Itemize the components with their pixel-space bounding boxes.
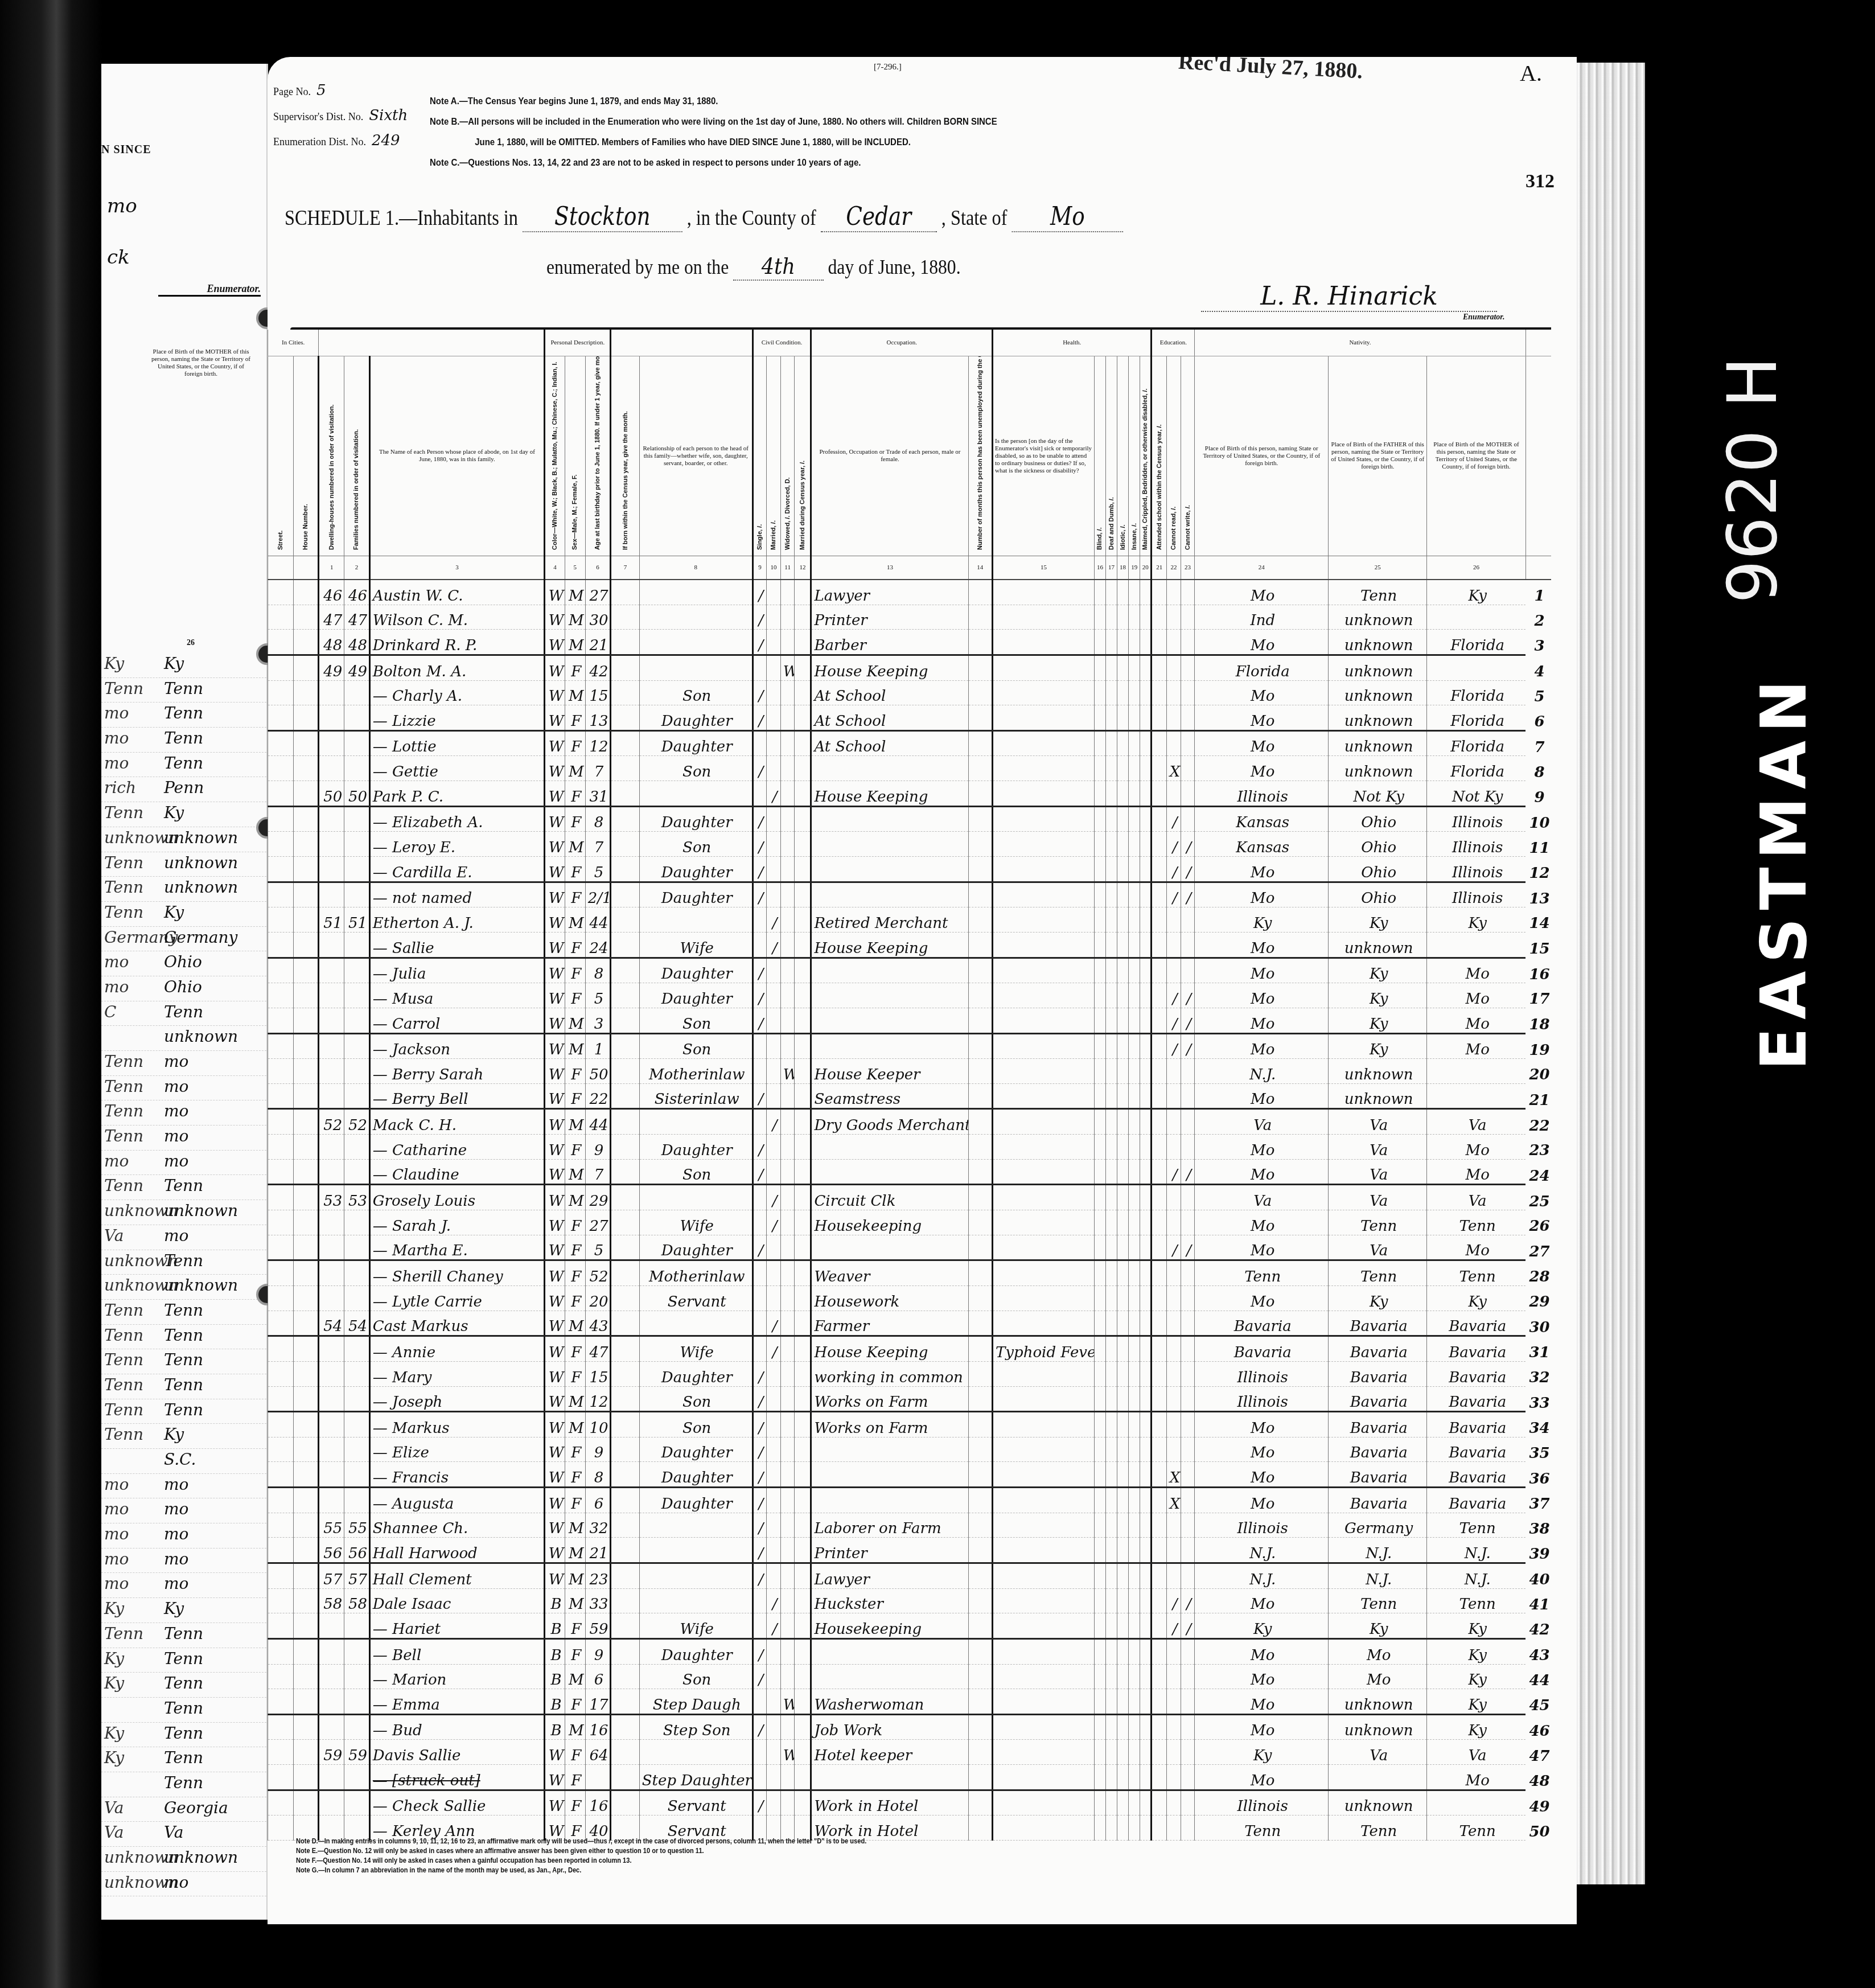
empty-cell [293, 958, 319, 983]
col-number: 2 [344, 556, 370, 580]
idiotic-cell [1117, 1790, 1129, 1816]
attended-school-cell [1152, 1513, 1167, 1538]
insane-cell [1129, 1083, 1140, 1109]
single-mark-cell [753, 1185, 767, 1210]
father-birthplace-cell: Tenn [1329, 1588, 1427, 1613]
house-number-col: House Number. [302, 362, 309, 550]
deaf-dumb-cell [1105, 1361, 1117, 1386]
table-row: — MaryWF15Daughter/working in common hou… [268, 1361, 1552, 1386]
line-number-cell: 21 [1526, 1083, 1551, 1109]
married-census-year-cell [795, 680, 811, 705]
color-cell: W [545, 680, 565, 705]
married-mark-cell [767, 1135, 781, 1160]
months-unemployed-col: Number of months this person has been un… [977, 362, 984, 550]
relationship-cell: Daughter [639, 857, 753, 882]
insane-cell [1129, 1563, 1140, 1588]
blind-cell [1094, 1412, 1105, 1437]
person-name-cell: — Charly A. [369, 680, 544, 705]
family-number-cell [344, 1412, 370, 1437]
col-number: 12 [795, 556, 811, 580]
family-number-cell: 51 [344, 907, 370, 933]
color-cell: W [545, 781, 565, 807]
empty-cell [293, 857, 319, 882]
attended-school-cell [1152, 1588, 1167, 1613]
sickness-cell [993, 1816, 1095, 1841]
family-number-cell: 49 [344, 655, 370, 680]
cannot-write-cell [1181, 580, 1195, 605]
widowed-mark-cell [780, 1285, 795, 1311]
occupation-cell: House Keeping [811, 781, 968, 807]
cannot-write-cell [1181, 655, 1195, 680]
line-number-cell: 46 [1526, 1714, 1551, 1740]
widowed-mark-cell [780, 832, 795, 857]
cannot-read-cell: / [1167, 857, 1181, 882]
idiotic-cell [1117, 1109, 1129, 1135]
previous-father-birthplace: Tenn [104, 853, 143, 872]
occupation-cell [811, 1638, 968, 1664]
months-unemployed-cell [968, 1185, 992, 1210]
cannot-read-cell [1167, 1185, 1181, 1210]
single-mark-cell: / [753, 983, 767, 1008]
age-cell: 7 [585, 1159, 611, 1185]
birth-month-cell [611, 1185, 639, 1210]
table-row: — Elizabeth A.WF8Daughter//KansasOhioIll… [268, 806, 1552, 832]
relationship-cell: Daughter [639, 958, 753, 983]
deaf-dumb-cell [1105, 1210, 1117, 1235]
married-census-year-cell [795, 1563, 811, 1588]
married-mark-cell [767, 806, 781, 832]
mother-birthplace-cell: Florida [1427, 630, 1526, 655]
schedule-line: SCHEDULE 1.—Inhabitants in Stockton , in… [285, 202, 1123, 232]
disabled-cell [1140, 655, 1152, 680]
disabled-cell [1140, 983, 1152, 1008]
line-number-cell: 18 [1526, 1008, 1551, 1033]
age-cell: 44 [585, 1109, 611, 1135]
relationship-cell: Daughter [639, 1361, 753, 1386]
cannot-read-cell [1167, 1285, 1181, 1311]
age-cell: 23 [585, 1563, 611, 1588]
mother-birthplace-cell: Not Ky [1427, 781, 1526, 807]
months-unemployed-cell [968, 1563, 992, 1588]
cannot-write-cell: / [1181, 1008, 1195, 1033]
months-unemployed-cell [968, 1513, 992, 1538]
blind-cell [1094, 605, 1105, 630]
father-birthplace-cell: unknown [1329, 730, 1427, 756]
months-unemployed-cell [968, 1638, 992, 1664]
dwelling-number-cell: 55 [319, 1513, 344, 1538]
person-name-cell: Hall Harwood [369, 1538, 544, 1563]
disabled-cell [1140, 1311, 1152, 1336]
idiotic-cell [1117, 1638, 1129, 1664]
occupation-cell: Barber [811, 630, 968, 655]
occupation-cell [811, 1235, 968, 1260]
empty-cell [293, 756, 319, 781]
blind-cell [1094, 580, 1105, 605]
blind-cell [1094, 1588, 1105, 1613]
dwelling-number-cell [319, 680, 344, 705]
idiotic-cell [1117, 1613, 1129, 1639]
cannot-read-cell: / [1167, 1235, 1181, 1260]
sickness-cell [993, 1638, 1095, 1664]
mother-birthplace-cell: Ky [1427, 1689, 1526, 1715]
deaf-dumb-cell [1105, 1437, 1117, 1462]
cannot-write-cell [1181, 1714, 1195, 1740]
birth-month-cell [611, 1311, 639, 1336]
mother-birthplace-cell: Ky [1427, 1664, 1526, 1689]
previous-page-enumerator-label: Enumerator. [158, 283, 261, 297]
previous-mother-birthplace: Tenn [164, 679, 203, 698]
mother-birthplace-cell [1427, 1059, 1526, 1084]
birth-month-cell [611, 1513, 639, 1538]
birthplace-cell: Kansas [1195, 806, 1329, 832]
birth-month-cell [611, 932, 639, 958]
mother-birthplace-cell: Bavaria [1427, 1488, 1526, 1513]
blind-cell [1094, 958, 1105, 983]
attended-school-cell [1152, 1714, 1167, 1740]
attended-school-cell [1152, 983, 1167, 1008]
previous-page-row: TennTenn [101, 678, 266, 703]
color-cell: W [545, 1083, 565, 1109]
disabled-cell [1140, 932, 1152, 958]
empty-cell [268, 630, 294, 655]
color-cell: W [545, 1765, 565, 1790]
previous-father-birthplace: mo [104, 1574, 129, 1593]
disabled-cell [1140, 1689, 1152, 1715]
cannot-write-cell [1181, 1185, 1195, 1210]
table-row: — EmmaBF17Step DaughWWasherwomanMounknow… [268, 1689, 1552, 1715]
book-binding [0, 0, 102, 1988]
occupation-cell: Weaver [811, 1260, 968, 1286]
attended-school-cell [1152, 1135, 1167, 1160]
empty-cell [268, 1336, 294, 1362]
family-number-cell [344, 806, 370, 832]
father-birthplace-cell: Bavaria [1329, 1488, 1427, 1513]
sex-cell: F [565, 1613, 585, 1639]
state-field: Mo [1012, 202, 1124, 232]
attended-school-cell [1152, 1488, 1167, 1513]
color-cell: W [545, 932, 565, 958]
widowed-mark-cell [780, 958, 795, 983]
disabled-cell [1140, 1638, 1152, 1664]
dwelling-number-cell: 52 [319, 1109, 344, 1135]
dwelling-number-cell: 48 [319, 630, 344, 655]
occupation-cell [811, 1765, 968, 1790]
family-number-cell: 46 [344, 580, 370, 605]
dwelling-number-cell [319, 1412, 344, 1437]
father-birthplace-cell: Va [1329, 1135, 1427, 1160]
deaf-dumb-cell [1105, 1588, 1117, 1613]
previous-mother-birthplace: mo [164, 1500, 188, 1518]
insane-cell [1129, 1260, 1140, 1286]
dwelling-number-cell [319, 1083, 344, 1109]
col-number: 16 [1094, 556, 1105, 580]
previous-page-row: VaGeorgia [101, 1797, 266, 1822]
single-mark-cell [753, 1740, 767, 1765]
birth-month-cell [611, 605, 639, 630]
mother-birthplace-cell: Bavaria [1427, 1462, 1526, 1488]
relationship-cell: Servant [639, 1285, 753, 1311]
previous-mother-birthplace: Ky [164, 803, 184, 822]
married-census-year-cell [795, 730, 811, 756]
empty-cell [268, 882, 294, 907]
married-census-year-cell [795, 1714, 811, 1740]
previous-mother-birthplace: mo [164, 1574, 188, 1593]
in-cities-header: In Cities. [268, 330, 319, 356]
cannot-read-cell [1167, 1538, 1181, 1563]
relationship-cell [639, 781, 753, 807]
married-mark-cell [767, 1386, 781, 1412]
previous-page-row: momo [101, 1523, 266, 1548]
birth-month-cell [611, 1437, 639, 1462]
months-unemployed-cell [968, 1765, 992, 1790]
empty-cell [268, 1816, 294, 1841]
deaf-dumb-cell [1105, 1059, 1117, 1084]
cannot-write-cell: / [1181, 1235, 1195, 1260]
attended-school-cell [1152, 781, 1167, 807]
family-number-cell [344, 1285, 370, 1311]
cannot-read-cell [1167, 1740, 1181, 1765]
married-census-year-cell [795, 907, 811, 933]
birthplace-cell: Illinois [1195, 781, 1329, 807]
sickness-cell: Typhoid Fever [993, 1336, 1095, 1362]
father-birthplace-cell: Ky [1329, 983, 1427, 1008]
empty-cell [268, 1613, 294, 1639]
birthplace-cell: Mo [1195, 1083, 1329, 1109]
empty-cell [268, 1714, 294, 1740]
sickness-cell [993, 1588, 1095, 1613]
insane-cell [1129, 1638, 1140, 1664]
deaf-dumb-cell [1105, 857, 1117, 882]
single-mark-cell: / [753, 1563, 767, 1588]
months-unemployed-cell [968, 983, 992, 1008]
line-number-cell: 8 [1526, 756, 1551, 781]
sex-cell: F [565, 1210, 585, 1235]
married-census-year-cell [795, 1437, 811, 1462]
occupation-cell: Printer [811, 1538, 968, 1563]
insane-cell [1129, 1437, 1140, 1462]
married-mark-cell [767, 1538, 781, 1563]
attended-school-cell [1152, 1790, 1167, 1816]
color-cell: W [545, 1412, 565, 1437]
attended-school-cell [1152, 907, 1167, 933]
married-census-year-cell [795, 1765, 811, 1790]
table-row: — CarrolWM3Son///MoKyMo18 [268, 1008, 1552, 1033]
months-unemployed-cell [968, 1336, 992, 1362]
disabled-cell [1140, 1437, 1152, 1462]
attended-school-col: Attended school within the Census year, … [1156, 362, 1163, 550]
married-census-year-cell [795, 1260, 811, 1286]
father-birthplace-cell: unknown [1329, 705, 1427, 731]
birthplace-cell: Mo [1195, 1488, 1329, 1513]
attended-school-cell [1152, 958, 1167, 983]
person-name-cell: — Cardilla E. [369, 857, 544, 882]
table-row: — LottieWF12DaughterAt SchoolMounknownFl… [268, 730, 1552, 756]
widowed-mark-cell [780, 1033, 795, 1059]
col-number: 23 [1181, 556, 1195, 580]
occupation-cell: Hotel keeper [811, 1740, 968, 1765]
family-number-cell [344, 1260, 370, 1286]
months-unemployed-cell [968, 756, 992, 781]
birth-month-cell [611, 730, 639, 756]
insane-cell [1129, 756, 1140, 781]
widowed-mark-cell [780, 705, 795, 731]
single-mark-cell: / [753, 882, 767, 907]
color-cell: W [545, 1008, 565, 1033]
birth-month-cell [611, 1285, 639, 1311]
enumeration-date-line: enumerated by me on the 4th day of June,… [546, 253, 961, 281]
attended-school-cell [1152, 1260, 1167, 1286]
empty-cell [268, 1159, 294, 1185]
months-unemployed-cell [968, 705, 992, 731]
family-number-cell: 53 [344, 1185, 370, 1210]
married-census-year-cell [795, 1235, 811, 1260]
line-number-cell: 24 [1526, 1159, 1551, 1185]
cannot-write-cell [1181, 1059, 1195, 1084]
single-mark-cell [753, 1613, 767, 1639]
married-mark-cell [767, 1361, 781, 1386]
attended-school-cell [1152, 1563, 1167, 1588]
cannot-read-cell: / [1167, 1033, 1181, 1059]
sickness-col: Is the person [on the day of the Enumera… [993, 356, 1095, 556]
family-number-cell [344, 1059, 370, 1084]
disabled-cell [1140, 1210, 1152, 1235]
sickness-cell [993, 1185, 1095, 1210]
blind-cell [1094, 1135, 1105, 1160]
disabled-cell [1140, 1033, 1152, 1059]
cannot-read-cell [1167, 958, 1181, 983]
empty-cell [268, 806, 294, 832]
mother-birthplace-cell: Bavaria [1427, 1336, 1526, 1362]
dwelling-col: Dwelling-houses numbered in order of vis… [328, 362, 335, 550]
previous-mother-birthplace: Tenn [164, 1649, 203, 1668]
color-cell: W [545, 983, 565, 1008]
father-birthplace-cell: N.J. [1329, 1563, 1427, 1588]
attended-school-cell [1152, 1664, 1167, 1689]
disabled-cell [1140, 1059, 1152, 1084]
insane-cell [1129, 958, 1140, 983]
previous-mother-birthplace: unknown [164, 1848, 238, 1867]
insane-cell [1129, 1361, 1140, 1386]
age-cell: 13 [585, 705, 611, 731]
color-cell: W [545, 1386, 565, 1412]
color-cell: W [545, 1235, 565, 1260]
married-mark-cell [767, 1689, 781, 1715]
table-row: — Check SallieWF16Servant/Work in HotelI… [268, 1790, 1552, 1816]
disabled-cell [1140, 730, 1152, 756]
birthplace-cell: Mo [1195, 580, 1329, 605]
insane-cell [1129, 1714, 1140, 1740]
sickness-cell [993, 1664, 1095, 1689]
table-row: — Sherill ChaneyWF52MotherinlawWeaverTen… [268, 1260, 1552, 1286]
cannot-write-cell [1181, 1462, 1195, 1488]
attended-school-cell [1152, 1210, 1167, 1235]
birthplace-cell: Mo [1195, 680, 1329, 705]
disabled-cell [1140, 630, 1152, 655]
sickness-cell [993, 806, 1095, 832]
family-number-cell [344, 1033, 370, 1059]
married-census-year-cell [795, 1210, 811, 1235]
attended-school-cell [1152, 1285, 1167, 1311]
relationship-cell: Son [639, 1386, 753, 1412]
sickness-cell [993, 1740, 1095, 1765]
married-census-year-cell [795, 705, 811, 731]
months-unemployed-cell [968, 1613, 992, 1639]
empty-cell [268, 1235, 294, 1260]
cannot-read-cell: X [1167, 756, 1181, 781]
blind-cell [1094, 1638, 1105, 1664]
nativity-header: Nativity. [1195, 330, 1526, 356]
previous-father-birthplace: Va [104, 1823, 124, 1842]
idiotic-cell [1117, 806, 1129, 832]
age-cell: 50 [585, 1059, 611, 1084]
person-name-cell: — Bud [369, 1714, 544, 1740]
months-unemployed-cell [968, 730, 992, 756]
occupation-cell: Housekeeping [811, 1210, 968, 1235]
sex-cell: M [565, 680, 585, 705]
father-birthplace-cell: Mo [1329, 1664, 1427, 1689]
dwelling-number-cell: 56 [319, 1538, 344, 1563]
cannot-read-cell: / [1167, 832, 1181, 857]
sickness-cell [993, 832, 1095, 857]
single-mark-cell: / [753, 1714, 767, 1740]
cannot-write-cell [1181, 1664, 1195, 1689]
table-row: — GettieWM7Son/XMounknownFlorida8 [268, 756, 1552, 781]
table-row: 5252Mack C. H.WM44/Dry Goods MerchantVaV… [268, 1109, 1552, 1135]
col-number: 25 [1329, 556, 1427, 580]
family-number-cell [344, 958, 370, 983]
insane-cell [1129, 832, 1140, 857]
table-row: — HarietBF59Wife/Housekeeping//KyKyKy42 [268, 1613, 1552, 1639]
empty-cell [268, 1689, 294, 1715]
months-unemployed-cell [968, 1386, 992, 1412]
color-cell: W [545, 1563, 565, 1588]
sex-cell: M [565, 832, 585, 857]
line-number-cell: 31 [1526, 1336, 1551, 1362]
col-number: 19 [1129, 556, 1140, 580]
sex-cell: F [565, 958, 585, 983]
empty-cell [268, 907, 294, 933]
previous-father-birthplace: Tenn [104, 878, 143, 897]
previous-page-row: Tenn [101, 1698, 266, 1723]
disabled-cell [1140, 756, 1152, 781]
months-unemployed-cell [968, 1689, 992, 1715]
married-census-year-cell [795, 580, 811, 605]
film-number: 9620 H [1713, 148, 1792, 603]
father-birthplace-cell: Tenn [1329, 1816, 1427, 1841]
occupation-cell: working in common housework [811, 1361, 968, 1386]
empty-cell [293, 1235, 319, 1260]
cannot-write-cell: / [1181, 1159, 1195, 1185]
blind-cell [1094, 1714, 1105, 1740]
disabled-cell [1140, 1563, 1152, 1588]
mother-birthplace-cell [1427, 1083, 1526, 1109]
sex-cell: M [565, 1513, 585, 1538]
cannot-write-cell [1181, 1109, 1195, 1135]
previous-mother-birthplace: Ky [164, 1425, 184, 1444]
empty-cell [268, 1638, 294, 1664]
cannot-write-cell [1181, 1513, 1195, 1538]
sex-cell: F [565, 1740, 585, 1765]
insane-cell [1129, 705, 1140, 731]
dwelling-number-cell [319, 882, 344, 907]
previous-page-row: KyKy [101, 1598, 266, 1623]
person-name-cell: — Annie [369, 1336, 544, 1362]
relationship-cell [639, 1109, 753, 1135]
previous-father-birthplace: Va [104, 1226, 124, 1245]
table-row: 5151Etherton A. J.WM44/Retired MerchantK… [268, 907, 1552, 933]
line-number-cell: 30 [1526, 1311, 1551, 1336]
occupation-col: Profession, Occupation or Trade of each … [811, 356, 968, 556]
